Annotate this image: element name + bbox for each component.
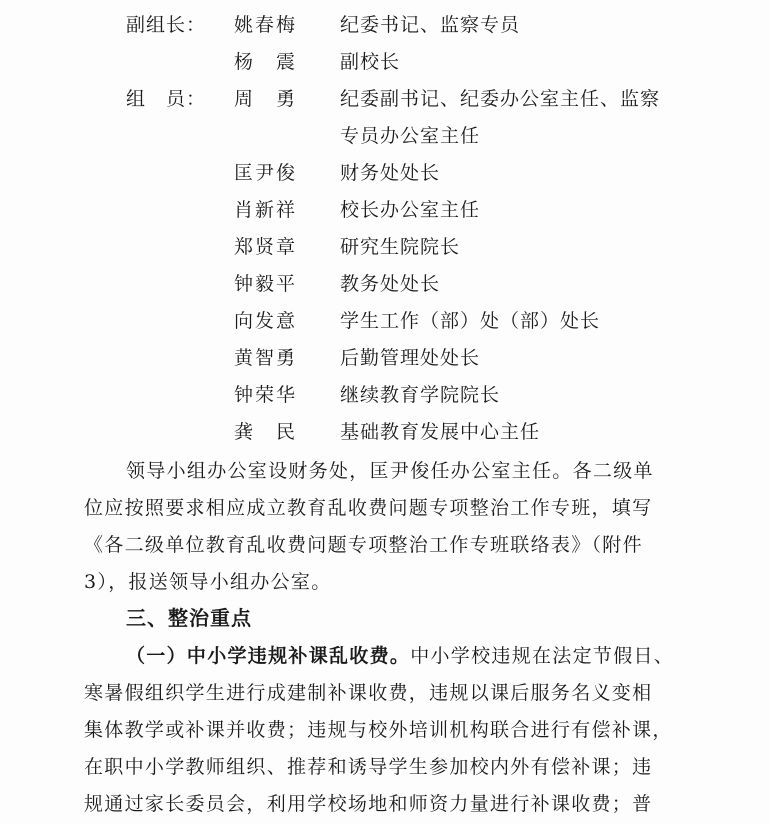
roster-duty: 后勤管理处处长	[340, 343, 480, 373]
roster-name: 杨 震	[234, 47, 297, 77]
paragraph-line: 集体教学或补课并收费；违规与校外培训机构联合进行有偿补课，	[84, 715, 673, 745]
roster-duty: 财务处处长	[340, 158, 440, 188]
roster-duty: 研究生院院长	[340, 232, 460, 262]
roster-duty: 校长办公室主任	[340, 195, 480, 225]
paragraph-line: 3），报送领导小组办公室。	[84, 567, 332, 597]
paragraph-line: 规通过家长委员会，利用学校场地和师资力量进行补课收费；普	[84, 789, 652, 819]
roster-duty: 学生工作（部）处（部）处长	[340, 306, 600, 336]
roster-name: 肖新祥	[234, 195, 297, 225]
roster-name: 周 勇	[234, 84, 297, 114]
paragraph-line: 《各二级单位教育乱收费问题专项整治工作专班联络表》（附件	[84, 530, 643, 560]
roster-name: 姚春梅	[234, 10, 297, 40]
roster-name: 匡尹俊	[234, 158, 297, 188]
item-text: 中小学校违规在法定节假日、	[410, 645, 674, 667]
item-lead: （一）中小学违规补课乱收费。	[126, 645, 410, 667]
roster-name: 向发意	[234, 306, 297, 336]
roster-name: 黄智勇	[234, 343, 297, 373]
paragraph-line: 领导小组办公室设财务处，匡尹俊任办公室主任。各二级单	[126, 456, 654, 486]
roster-name: 郑贤章	[234, 232, 297, 262]
roster-duty: 教务处处长	[340, 269, 440, 299]
paragraph-line: 寒暑假组织学生进行成建制补课收费，违规以课后服务名义变相	[84, 678, 652, 708]
roster-name: 钟毅平	[234, 269, 297, 299]
roster-duty: 基础教育发展中心主任	[340, 417, 540, 447]
roster-name: 龚 民	[234, 417, 297, 447]
roster-role: 组 员：	[126, 84, 206, 114]
paragraph-line: 在职中小学教师组织、推荐和诱导学生参加校内外有偿补课；违	[84, 752, 652, 782]
section-heading: 三、整治重点	[126, 603, 252, 633]
roster-duty: 纪委书记、监察专员	[340, 10, 520, 40]
roster-duty: 专员办公室主任	[340, 121, 480, 151]
paragraph-line: 位应按照要求相应成立教育乱收费问题专项整治工作专班，填写	[84, 493, 652, 523]
roster-duty: 副校长	[340, 47, 400, 77]
document-page: 副组长： 姚春梅 纪委书记、监察专员 杨 震 副校长 组 员： 周 勇 纪委副书…	[0, 0, 770, 824]
roster-name: 钟荣华	[234, 380, 297, 410]
roster-duty: 继续教育学院院长	[340, 380, 500, 410]
item-first-line: （一）中小学违规补课乱收费。中小学校违规在法定节假日、	[126, 641, 674, 671]
roster-role: 副组长：	[126, 10, 206, 40]
roster-duty: 纪委副书记、纪委办公室主任、监察	[340, 84, 660, 114]
